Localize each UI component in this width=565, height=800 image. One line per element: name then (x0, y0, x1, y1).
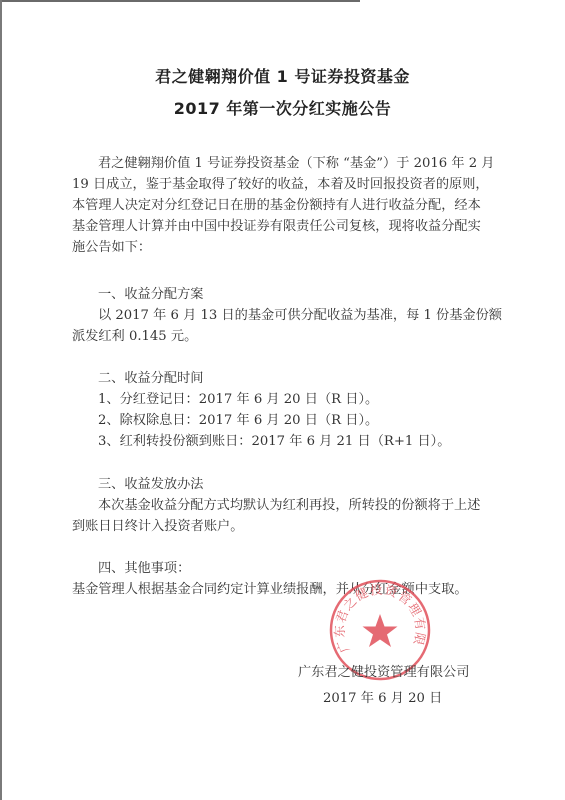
section-line: 派发红利 0.145 元。 (72, 326, 502, 347)
intro-line: 君之健翱翔价值 1 号证券投资基金（下称 “基金”）于 2016 年 2 月 (72, 153, 502, 174)
intro-line: 基金管理人计算并由中国中投证券有限责任公司复核，现将收益分配实 (72, 216, 502, 237)
intro-paragraph: 君之健翱翔价值 1 号证券投资基金（下称 “基金”）于 2016 年 2 月 1… (72, 153, 502, 258)
seal-text: 广东君之健投资管理有限公司 (328, 578, 428, 655)
scan-edge-left (0, 0, 2, 800)
section-heading: 二、收益分配时间 (72, 368, 502, 389)
section-heading: 三、收益发放办法 (72, 474, 502, 495)
signature-company: 广东君之健投资管理有限公司 (298, 661, 469, 680)
section-line: 到账日日终计入投资者账户。 (72, 516, 502, 537)
intro-line: 19 日成立，鉴于基金取得了较好的收益，本着及时回报投资者的原则， (72, 174, 502, 195)
section-line: 3、红利转投份额到账日：2017 年 6 月 21 日（R+1 日）。 (72, 431, 502, 452)
section-distribution-plan: 一、收益分配方案 以 2017 年 6 月 13 日的基金可供分配收益为基准，每… (72, 284, 502, 347)
document-subtitle: 2017 年第一次分红实施公告 (0, 96, 565, 119)
section-line: 基金管理人根据基金合同约定计算业绩报酬，并从分红金额中支取。 (72, 579, 502, 600)
signature-date: 2017 年 6 月 20 日 (323, 687, 442, 706)
intro-line: 施公告如下： (72, 237, 502, 258)
document-title: 君之健翱翔价值 1 号证券投资基金 (0, 64, 565, 87)
section-line: 本次基金收益分配方式均默认为红利再投，所转投的份额将于上述 (72, 495, 502, 516)
intro-line: 本管理人决定对分红登记日在册的基金份额持有人进行收益分配，经本 (72, 195, 502, 216)
scan-edge-top (0, 0, 360, 2)
section-line: 2、除权除息日：2017 年 6 月 20 日（R 日）。 (72, 410, 502, 431)
star-icon (363, 614, 398, 647)
section-line: 1、分红登记日：2017 年 6 月 20 日（R 日）。 (72, 389, 502, 410)
section-distribution-time: 二、收益分配时间 1、分红登记日：2017 年 6 月 20 日（R 日）。 2… (72, 368, 502, 452)
section-heading: 一、收益分配方案 (72, 284, 502, 305)
section-payment-method: 三、收益发放办法 本次基金收益分配方式均默认为红利再投，所转投的份额将于上述 到… (72, 474, 502, 537)
section-other-matters: 四、其他事项： 基金管理人根据基金合同约定计算业绩报酬，并从分红金额中支取。 (72, 558, 502, 600)
section-heading: 四、其他事项： (72, 558, 502, 579)
section-line: 以 2017 年 6 月 13 日的基金可供分配收益为基准，每 1 份基金份额 (72, 305, 502, 326)
svg-text:广东君之健投资管理有限公司: 广东君之健投资管理有限公司 (328, 578, 428, 655)
